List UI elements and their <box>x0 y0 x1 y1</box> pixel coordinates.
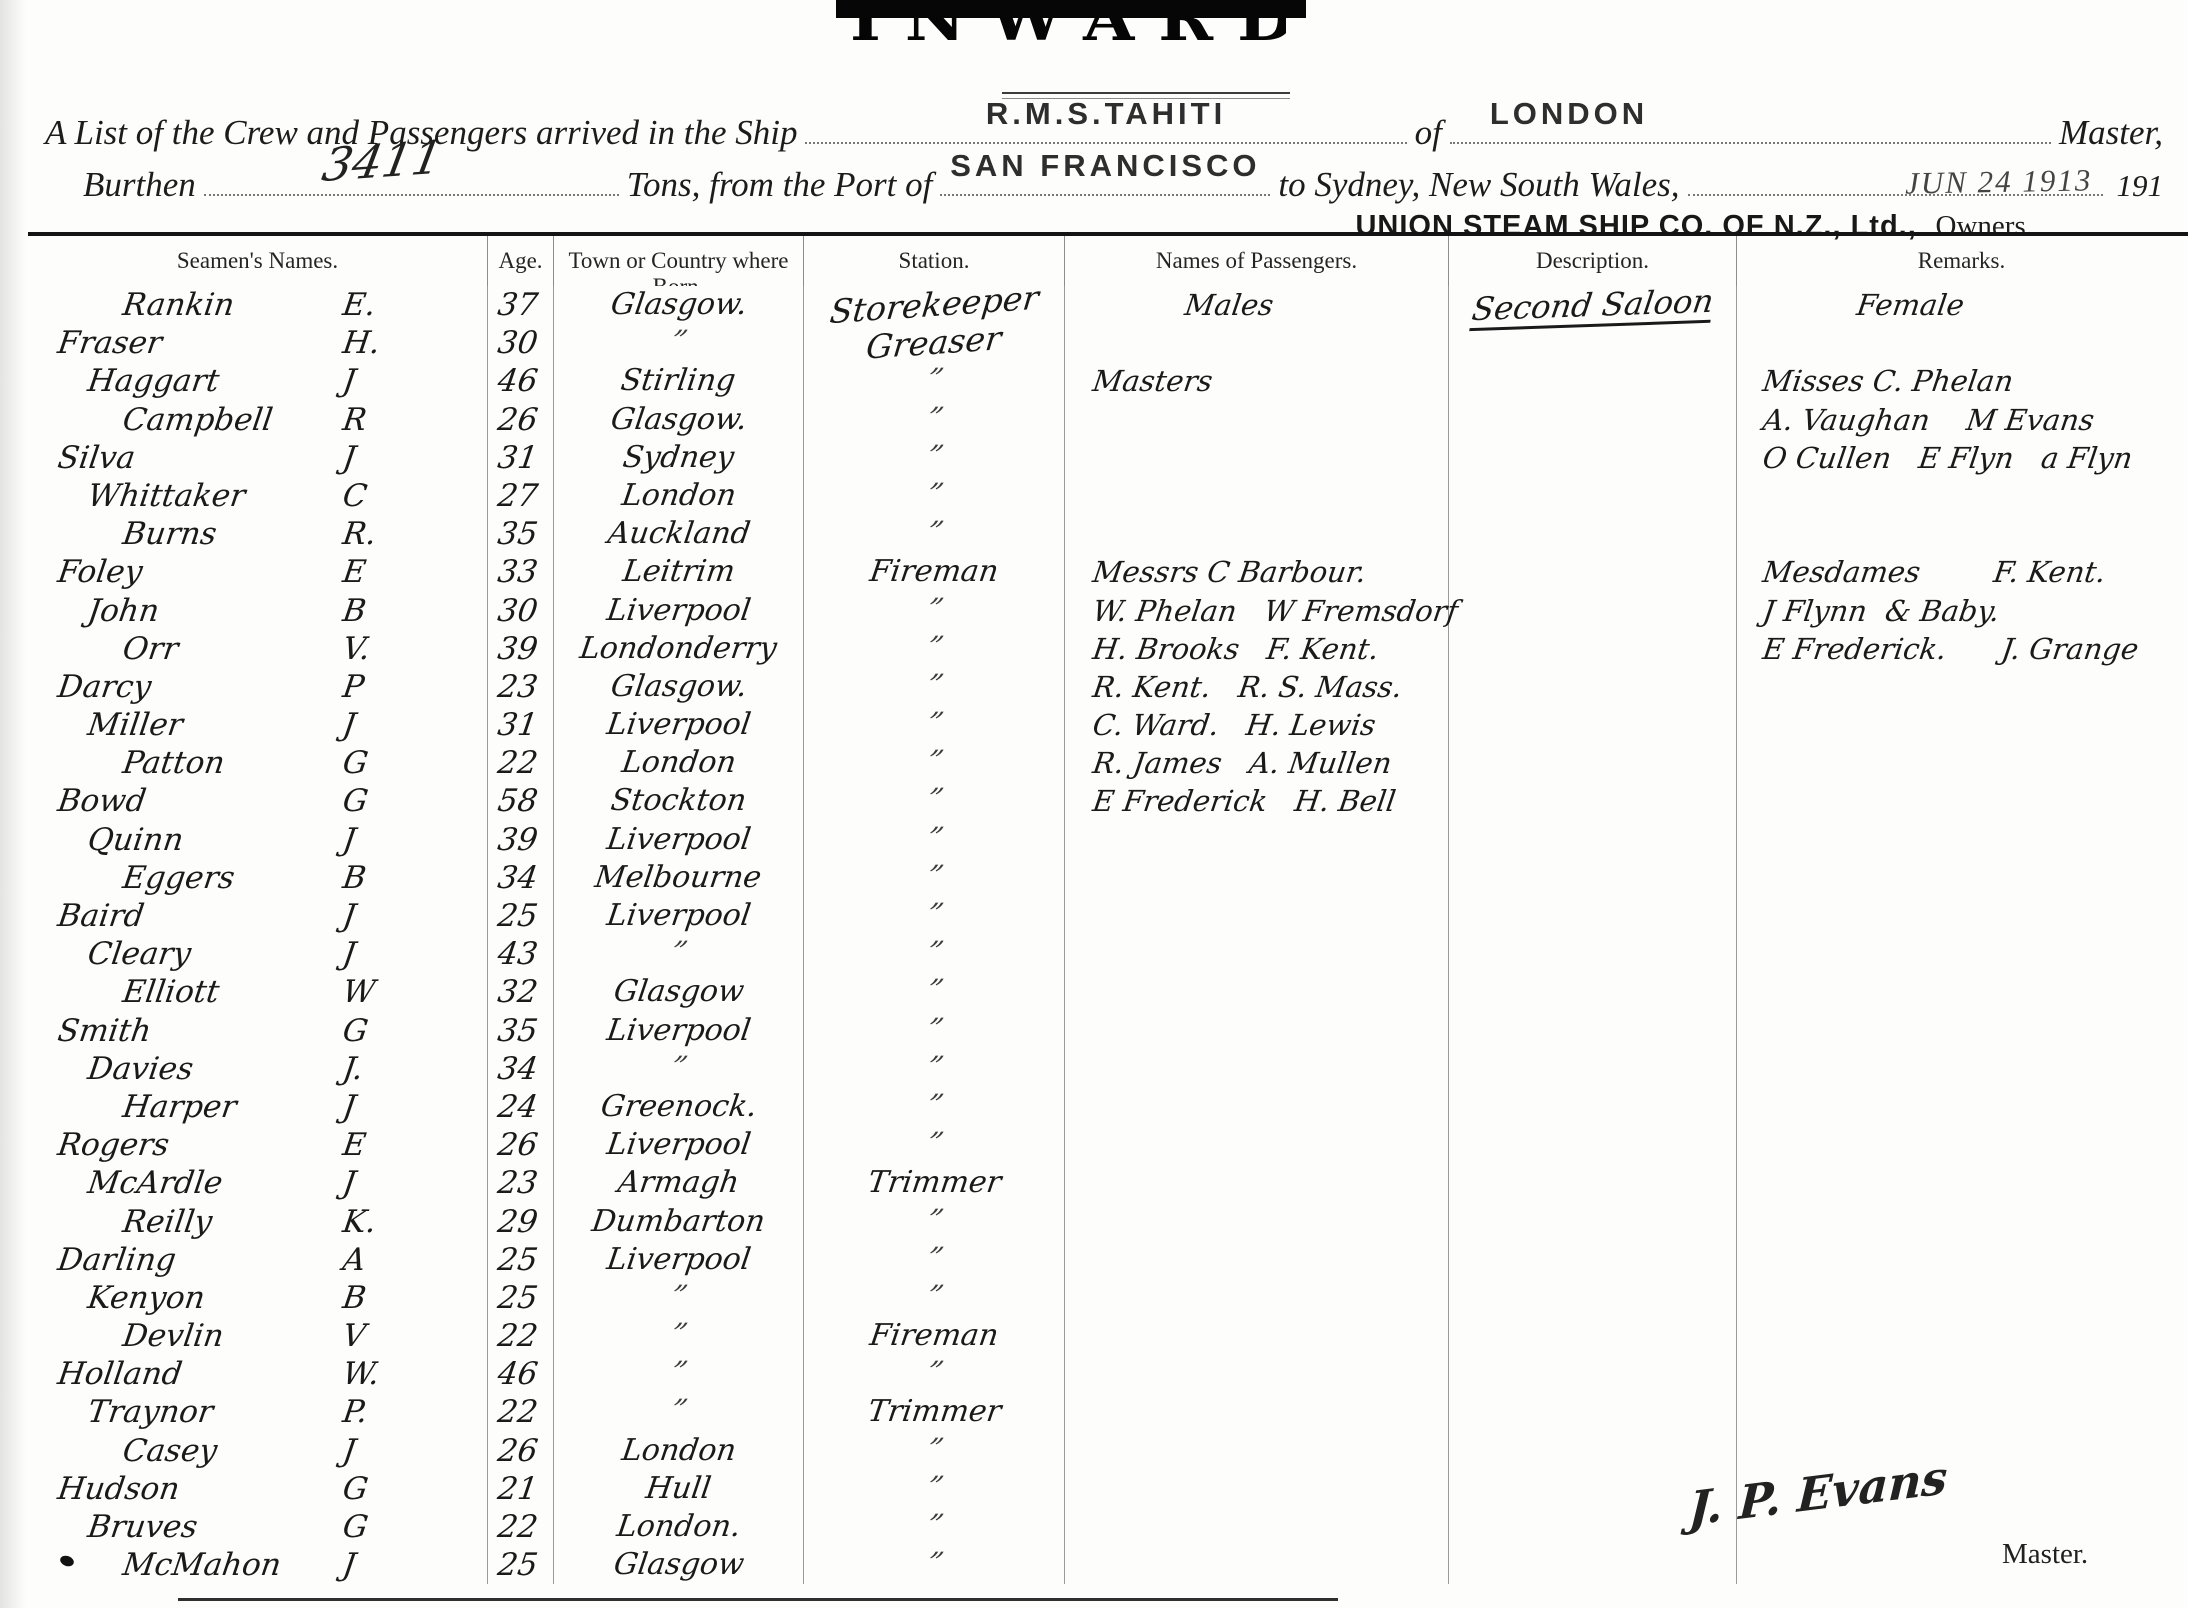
station-cell: ” <box>804 1241 1065 1279</box>
ditto-mark: ” <box>921 897 947 930</box>
station-value: Trimmer <box>865 1164 1003 1202</box>
station-cell: ” <box>804 630 1065 668</box>
station-value: Trimmer <box>865 1393 1003 1431</box>
station-cell: Greaser <box>804 324 1065 362</box>
seaman-initial: J. <box>340 1050 365 1088</box>
age-cell: 46 <box>488 1355 554 1393</box>
age-cell: 34 <box>488 859 554 897</box>
ditto-mark: ” <box>921 592 947 625</box>
station-cell: ” <box>804 592 1065 630</box>
remarks-cell <box>1737 1203 2186 1241</box>
age-cell: 31 <box>488 439 554 477</box>
seaman-name-cell: BowdG <box>28 782 488 820</box>
column-header-remarks: Remarks. <box>1737 236 2186 286</box>
town-born-cell: Liverpool <box>554 1012 804 1050</box>
ditto-mark: ” <box>921 1050 947 1083</box>
seaman-surname: Rogers <box>55 1126 171 1164</box>
seaman-initial: A <box>340 1241 368 1279</box>
town-born-cell: Dumbarton <box>554 1203 804 1241</box>
age-cell: 27 <box>488 477 554 515</box>
station-cell: ” <box>804 477 1065 515</box>
passenger-names: Messrs C Barbour. <box>1090 553 1368 591</box>
town-born-value: London <box>619 1432 738 1470</box>
passengers-cell <box>1065 973 1449 1011</box>
station-cell: ” <box>804 1012 1065 1050</box>
town-born-cell: London <box>554 744 804 782</box>
town-born-value: Glasgow. <box>608 401 749 439</box>
remarks-value: Female <box>1854 286 1966 324</box>
ditto-mark: ” <box>665 1355 691 1388</box>
description-cell <box>1449 1355 1737 1393</box>
age-cell: 31 <box>488 706 554 744</box>
town-born-cell: Glasgow <box>554 1546 804 1584</box>
ditto-mark: ” <box>921 1012 947 1045</box>
station-cell: ” <box>804 1203 1065 1241</box>
station-cell: Trimmer <box>804 1393 1065 1431</box>
town-born-cell: ” <box>554 1317 804 1355</box>
age-value: 30 <box>495 324 540 362</box>
description-cell <box>1449 744 1737 782</box>
passengers-cell: R. Kent. R. S. Mass. <box>1065 668 1449 706</box>
seaman-name-cell: WhittakerC <box>28 477 488 515</box>
seaman-name-cell: MillerJ <box>28 706 488 744</box>
seaman-name-cell: BurnsR. <box>28 515 488 553</box>
seaman-initial: B <box>340 1279 368 1317</box>
column-header-town-born: Town or Country where Born. <box>554 236 804 286</box>
seaman-name-cell: SmithG <box>28 1012 488 1050</box>
seaman-name-cell: ClearyJ <box>28 935 488 973</box>
preamble-text-burthen: Burthen <box>45 165 196 205</box>
age-cell: 58 <box>488 782 554 820</box>
seaman-surname: McMahon <box>120 1546 283 1584</box>
description-cell <box>1449 592 1737 630</box>
ship-manifest-document: INWARD A List of the Crew and Passengers… <box>0 0 2188 1608</box>
seaman-initial: E <box>340 1126 368 1164</box>
seaman-name-cell: BruvesG <box>28 1508 488 1546</box>
age-value: 27 <box>495 477 540 515</box>
town-born-cell: Melbourne <box>554 859 804 897</box>
passengers-cell <box>1065 1317 1449 1355</box>
passengers-cell <box>1065 1508 1449 1546</box>
passenger-names: Males <box>1182 286 1276 324</box>
age-cell: 30 <box>488 592 554 630</box>
seaman-initial: E <box>340 553 368 591</box>
remarks-cell <box>1737 324 2186 362</box>
town-born-cell: Glasgow. <box>554 668 804 706</box>
town-born-cell: Liverpool <box>554 897 804 935</box>
remarks-cell <box>1737 1126 2186 1164</box>
seaman-name-cell: CampbellR <box>28 401 488 439</box>
station-cell: ” <box>804 782 1065 820</box>
seaman-surname: Casey <box>120 1432 219 1470</box>
seaman-surname: Fraser <box>55 324 164 362</box>
seaman-initial: J <box>340 1164 358 1202</box>
passengers-cell <box>1065 1050 1449 1088</box>
age-value: 34 <box>495 1050 540 1088</box>
passengers-cell: W. Phelan W Fremsdorf <box>1065 592 1449 630</box>
remarks-cell <box>1737 935 2186 973</box>
station-cell: ” <box>804 897 1065 935</box>
description-cell <box>1449 1164 1737 1202</box>
passenger-names: W. Phelan W Fremsdorf <box>1090 592 1460 630</box>
age-cell: 25 <box>488 1546 554 1584</box>
seaman-surname: Foley <box>55 553 145 591</box>
station-cell: ” <box>804 1126 1065 1164</box>
passengers-cell <box>1065 1203 1449 1241</box>
date-blank: JUN 24 1913 <box>1688 160 2103 196</box>
ditto-mark: ” <box>921 782 947 815</box>
town-born-value: Liverpool <box>604 1241 753 1279</box>
remarks-cell <box>1737 706 2186 744</box>
seaman-initial: R. <box>340 515 379 553</box>
remarks-cell <box>1737 1012 2186 1050</box>
remarks-cell <box>1737 477 2186 515</box>
passengers-cell <box>1065 401 1449 439</box>
age-value: 37 <box>495 286 540 324</box>
description-cell: Second Saloon <box>1449 286 1737 324</box>
seaman-initial: W. <box>340 1355 382 1393</box>
station-cell: ” <box>804 1508 1065 1546</box>
station-cell: Fireman <box>804 553 1065 591</box>
town-born-value: Sydney <box>620 439 736 477</box>
seaman-surname: Devlin <box>120 1317 226 1355</box>
description-cell <box>1449 439 1737 477</box>
age-value: 26 <box>495 1126 540 1164</box>
town-born-cell: Liverpool <box>554 706 804 744</box>
age-cell: 26 <box>488 1126 554 1164</box>
seaman-name-cell: OrrV. <box>28 630 488 668</box>
passenger-names: E Frederick H. Bell <box>1090 782 1398 820</box>
remarks-cell: O Cullen E Flyn a Flyn <box>1737 439 2186 477</box>
seaman-name-cell: ElliottW <box>28 973 488 1011</box>
passenger-names: R. James A. Mullen <box>1090 744 1394 782</box>
remarks-value: Misses C. Phelan <box>1760 362 2016 400</box>
description-cell <box>1449 1050 1737 1088</box>
remarks-cell: E Frederick. J. Grange <box>1737 630 2186 668</box>
town-born-value: Liverpool <box>604 1012 753 1050</box>
age-cell: 22 <box>488 744 554 782</box>
passengers-cell <box>1065 1012 1449 1050</box>
station-cell: ” <box>804 935 1065 973</box>
passengers-cell <box>1065 1279 1449 1317</box>
town-born-cell: Hull <box>554 1470 804 1508</box>
station-cell: ” <box>804 1432 1065 1470</box>
station-cell: ” <box>804 362 1065 400</box>
age-value: 34 <box>495 859 540 897</box>
station-value: Fireman <box>867 1317 1001 1355</box>
seaman-name-cell: QuinnJ <box>28 821 488 859</box>
age-value: 25 <box>495 1241 540 1279</box>
station-cell: ” <box>804 706 1065 744</box>
ditto-mark: ” <box>921 821 947 854</box>
age-cell: 39 <box>488 821 554 859</box>
station-cell: ” <box>804 439 1065 477</box>
seaman-surname: Darling <box>55 1241 178 1279</box>
town-born-cell: Liverpool <box>554 592 804 630</box>
station-cell: ” <box>804 1355 1065 1393</box>
age-value: 43 <box>495 935 540 973</box>
remarks-cell <box>1737 1279 2186 1317</box>
age-cell: 25 <box>488 1241 554 1279</box>
town-born-cell: ” <box>554 1393 804 1431</box>
seaman-initial: V <box>340 1317 368 1355</box>
age-cell: 25 <box>488 897 554 935</box>
ditto-mark: ” <box>921 362 947 395</box>
remarks-value: J Flynn & Baby. <box>1760 592 2002 630</box>
ditto-mark: ” <box>665 1393 691 1426</box>
seaman-surname: John <box>85 592 161 630</box>
age-value: 35 <box>495 515 540 553</box>
seaman-initial: G <box>340 1470 370 1508</box>
seaman-name-cell: HollandW. <box>28 1355 488 1393</box>
seaman-name-cell: EggersB <box>28 859 488 897</box>
station-cell: ” <box>804 401 1065 439</box>
station-cell: ” <box>804 1546 1065 1584</box>
passenger-names: C. Ward. H. Lewis <box>1090 706 1378 744</box>
seaman-initial: J <box>340 897 358 935</box>
description-cell <box>1449 1432 1737 1470</box>
town-born-cell: Liverpool <box>554 821 804 859</box>
seaman-name-cell: HudsonG <box>28 1470 488 1508</box>
seaman-surname: Quinn <box>85 821 186 859</box>
description-cell <box>1449 706 1737 744</box>
age-cell: 25 <box>488 1279 554 1317</box>
town-born-value: Liverpool <box>604 1126 753 1164</box>
town-born-cell: Londonderry <box>554 630 804 668</box>
age-cell: 39 <box>488 630 554 668</box>
town-born-cell: London. <box>554 1508 804 1546</box>
passengers-cell: E Frederick H. Bell <box>1065 782 1449 820</box>
seaman-initial: J <box>340 935 358 973</box>
ditto-mark: ” <box>665 1050 691 1083</box>
seaman-initial: R <box>340 401 369 439</box>
document-title-block: INWARD <box>850 0 1286 52</box>
seaman-surname: Kenyon <box>85 1279 207 1317</box>
description-cell <box>1449 782 1737 820</box>
age-cell: 30 <box>488 324 554 362</box>
town-born-cell: Leitrim <box>554 553 804 591</box>
age-cell: 26 <box>488 1432 554 1470</box>
town-born-cell: ” <box>554 1050 804 1088</box>
ditto-mark: ” <box>921 401 947 434</box>
age-value: 22 <box>495 1317 540 1355</box>
town-born-value: London <box>619 477 738 515</box>
seaman-surname: Patton <box>120 744 227 782</box>
remarks-cell <box>1737 782 2186 820</box>
ditto-mark: ” <box>665 1317 691 1350</box>
station-cell: ” <box>804 973 1065 1011</box>
ditto-mark: ” <box>921 1432 947 1465</box>
departure-port-blank: SAN FRANCISCO <box>940 160 1270 196</box>
seaman-initial: G <box>340 1012 370 1050</box>
town-born-cell: Liverpool <box>554 1241 804 1279</box>
ditto-mark: ” <box>921 1355 947 1388</box>
remarks-cell: Female <box>1737 286 2186 324</box>
description-cell <box>1449 973 1737 1011</box>
age-value: 23 <box>495 668 540 706</box>
seaman-surname: Baird <box>55 897 146 935</box>
seaman-name-cell: JohnB <box>28 592 488 630</box>
column-header-passengers: Names of Passengers. <box>1065 236 1449 286</box>
printed-year-prefix: 191 <box>2117 168 2164 204</box>
town-born-cell: Stockton <box>554 782 804 820</box>
passengers-cell <box>1065 1088 1449 1126</box>
remarks-cell <box>1737 1164 2186 1202</box>
seaman-initial: J <box>340 1088 358 1126</box>
passengers-cell: Males <box>1065 286 1449 324</box>
seaman-initial: P. <box>340 1393 370 1431</box>
remarks-value: A. Vaughan M Evans <box>1760 401 2096 439</box>
seaman-surname: Reilly <box>120 1203 214 1241</box>
seaman-initial: K. <box>340 1203 378 1241</box>
description-cell <box>1449 1203 1737 1241</box>
seaman-name-cell: HarperJ <box>28 1088 488 1126</box>
station-cell: ” <box>804 1279 1065 1317</box>
registry-port-stamp: LONDON <box>1490 96 1648 132</box>
station-cell: Fireman <box>804 1317 1065 1355</box>
ditto-mark: ” <box>921 1203 947 1236</box>
age-value: 24 <box>495 1088 540 1126</box>
seaman-name-cell: McArdleJ <box>28 1164 488 1202</box>
remarks-cell <box>1737 1050 2186 1088</box>
passengers-cell <box>1065 1126 1449 1164</box>
ditto-mark: ” <box>921 1241 947 1274</box>
arrival-date-stamp: JUN 24 1913 <box>1905 162 2093 201</box>
town-born-cell: London <box>554 1432 804 1470</box>
passengers-cell: R. James A. Mullen <box>1065 744 1449 782</box>
remarks-cell <box>1737 821 2186 859</box>
age-value: 26 <box>495 401 540 439</box>
remarks-cell: A. Vaughan M Evans <box>1737 401 2186 439</box>
town-born-value: Glasgow. <box>608 286 749 324</box>
town-born-value: Liverpool <box>604 706 753 744</box>
passengers-cell <box>1065 1393 1449 1431</box>
seaman-surname: Smith <box>55 1012 153 1050</box>
town-born-value: Londonderry <box>578 630 780 668</box>
ditto-mark: ” <box>665 324 691 357</box>
station-cell: Trimmer <box>804 1164 1065 1202</box>
station-cell: ” <box>804 668 1065 706</box>
description-cell <box>1449 1393 1737 1431</box>
ditto-mark: ” <box>921 668 947 701</box>
ditto-mark: ” <box>921 859 947 892</box>
town-born-cell: ” <box>554 1355 804 1393</box>
seaman-surname: Harper <box>120 1088 239 1126</box>
town-born-cell: Glasgow. <box>554 401 804 439</box>
age-cell: 24 <box>488 1088 554 1126</box>
burthen-handwritten-value: 3411 <box>318 130 446 192</box>
seaman-name-cell: TraynorP. <box>28 1393 488 1431</box>
age-value: 25 <box>495 1546 540 1584</box>
preamble-text-tons: Tons, from the Port of <box>627 165 933 205</box>
master-label: Master. <box>2002 1538 2088 1571</box>
age-value: 31 <box>495 706 540 744</box>
ditto-mark: ” <box>921 744 947 777</box>
ditto-mark: ” <box>921 1546 947 1579</box>
seaman-surname: Bowd <box>55 782 148 820</box>
ditto-mark: ” <box>921 1470 947 1503</box>
seaman-surname: Traynor <box>85 1393 215 1431</box>
seaman-initial: V. <box>340 630 372 668</box>
town-born-cell: ” <box>554 324 804 362</box>
remarks-cell <box>1737 897 2186 935</box>
description-cell <box>1449 1012 1737 1050</box>
passengers-cell <box>1065 1355 1449 1393</box>
town-born-value: Hull <box>643 1470 713 1508</box>
passengers-cell <box>1065 1241 1449 1279</box>
passengers-cell <box>1065 1546 1449 1584</box>
passengers-cell: C. Ward. H. Lewis <box>1065 706 1449 744</box>
column-header-seamens-names: Seamen's Names. <box>28 236 488 286</box>
town-born-value: Liverpool <box>604 821 753 859</box>
seaman-surname: Haggart <box>85 362 221 400</box>
age-cell: 34 <box>488 1050 554 1088</box>
description-cell <box>1449 515 1737 553</box>
description-cell <box>1449 1088 1737 1126</box>
age-value: 22 <box>495 1393 540 1431</box>
remarks-cell: Mesdames F. Kent. <box>1737 553 2186 591</box>
passengers-cell <box>1065 821 1449 859</box>
ship-name-stamp: R.M.S.TAHITI <box>986 96 1226 132</box>
seaman-surname: Burns <box>120 515 219 553</box>
station-cell: ” <box>804 821 1065 859</box>
seaman-name-cell: McMahonJ <box>28 1546 488 1584</box>
age-cell: 22 <box>488 1317 554 1355</box>
age-value: 25 <box>495 1279 540 1317</box>
town-born-value: Leitrim <box>620 553 737 591</box>
column-header-age: Age. <box>488 236 554 286</box>
town-born-cell: ” <box>554 1279 804 1317</box>
station-cell: Storekeeper <box>804 286 1065 324</box>
seaman-initial: W <box>340 973 377 1011</box>
station-cell: ” <box>804 859 1065 897</box>
seaman-surname: Darcy <box>55 668 153 706</box>
seaman-name-cell: PattonG <box>28 744 488 782</box>
remarks-cell <box>1737 973 2186 1011</box>
passengers-cell <box>1065 897 1449 935</box>
age-value: 22 <box>495 1508 540 1546</box>
seaman-initial: J <box>340 362 358 400</box>
age-cell: 32 <box>488 973 554 1011</box>
remarks-value: E Frederick. J. Grange <box>1760 630 2141 668</box>
preamble-text-master: Master, <box>2059 113 2163 153</box>
passengers-cell <box>1065 859 1449 897</box>
seaman-initial: E. <box>340 286 378 324</box>
age-cell: 35 <box>488 1012 554 1050</box>
seaman-initial: J <box>340 821 358 859</box>
age-value: 30 <box>495 592 540 630</box>
age-value: 46 <box>495 1355 540 1393</box>
age-value: 31 <box>495 439 540 477</box>
age-cell: 21 <box>488 1470 554 1508</box>
seaman-name-cell: RankinE. <box>28 286 488 324</box>
seaman-name-cell: HaggartJ <box>28 362 488 400</box>
description-cell <box>1449 324 1737 362</box>
description-cell <box>1449 897 1737 935</box>
remarks-cell <box>1737 1317 2186 1355</box>
ditto-mark: ” <box>665 935 691 968</box>
passenger-names: R. Kent. R. S. Mass. <box>1090 668 1404 706</box>
ditto-mark: ” <box>921 439 947 472</box>
description-cell <box>1449 362 1737 400</box>
seaman-initial: B <box>340 592 368 630</box>
town-born-cell: Greenock. <box>554 1088 804 1126</box>
passengers-cell <box>1065 1164 1449 1202</box>
description-cell <box>1449 935 1737 973</box>
seaman-name-cell: DaviesJ. <box>28 1050 488 1088</box>
town-born-value: London <box>619 744 738 782</box>
seaman-surname: Eggers <box>120 859 237 897</box>
